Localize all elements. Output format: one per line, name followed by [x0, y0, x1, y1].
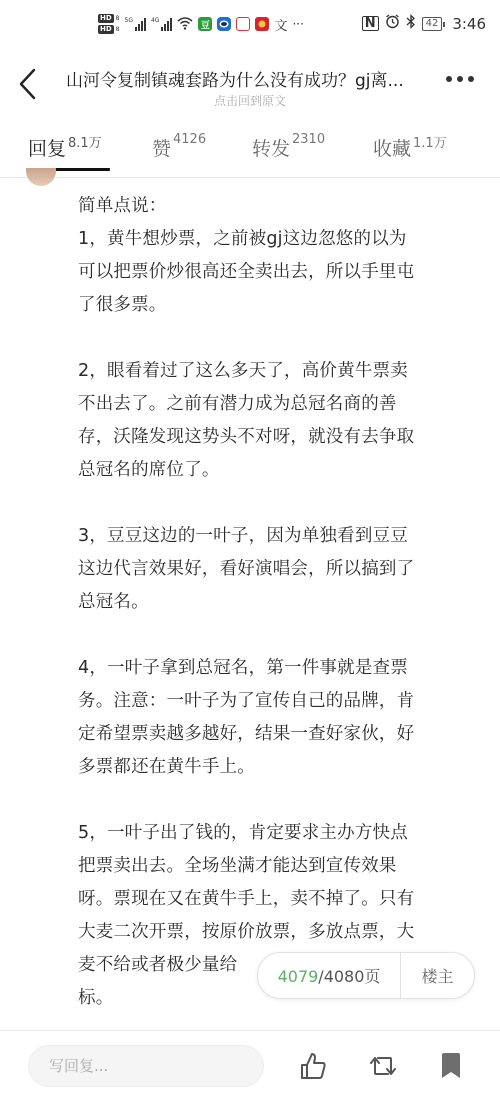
tab-replies[interactable]: 回复 8.1万	[28, 134, 102, 161]
text-line: 呀。票现在又在黄牛手上，卖不掉了。只有	[78, 883, 478, 916]
hd-icon: HD	[98, 14, 114, 23]
tab-bar: 回复 8.1万 赞 4126 转发 2310 收藏 1.1万	[0, 128, 500, 178]
more-notifications-icon: ···	[292, 17, 303, 31]
top-nav: 山河令复制镇魂套路为什么没有成功？gj离... 点击回到原文	[0, 50, 500, 122]
red-app-icon	[236, 17, 250, 31]
text-line: 务。注意：一叶子为了宣传自己的品牌，肯	[78, 685, 478, 718]
post-body: 简单点说： 1，黄牛想炒票，之前被gj这边忽悠的以为 可以把票价炒很高还全卖出去…	[78, 190, 478, 1048]
festival-app-icon	[255, 17, 269, 31]
text-line: 2，眼看着过了这么多天了，高价黄牛票卖	[78, 355, 478, 388]
text-line: 多票都还在黄牛手上。	[78, 751, 478, 784]
dot-icon	[468, 76, 474, 82]
text-line: 4，一叶子拿到总冠名，第一件事就是查票	[78, 652, 478, 685]
translate-icon: 文	[274, 15, 287, 34]
text-line: 大麦二次开票，按原价放票，多放点票，大	[78, 916, 478, 949]
hd-icon: HD	[98, 25, 114, 34]
clock: 3:46	[452, 15, 486, 33]
text-line: 总冠名的席位了。	[78, 454, 478, 487]
signal-5g-icon: 5G	[125, 17, 146, 31]
tab-label: 回复	[28, 134, 66, 161]
paragraph: 简单点说： 1，黄牛想炒票，之前被gj这边忽悠的以为 可以把票价炒很高还全卖出去…	[78, 190, 478, 322]
nfc-icon: N	[362, 16, 379, 31]
alarm-icon	[385, 14, 400, 33]
back-to-original-link[interactable]: 点击回到原文	[0, 92, 500, 109]
dot-icon	[446, 76, 452, 82]
battery-icon: 42	[422, 17, 443, 31]
text-line: 简单点说：	[78, 190, 478, 223]
dot-icon	[457, 76, 463, 82]
thumbs-up-icon	[298, 1051, 328, 1081]
page-navigator: 4079/4080页 楼主	[257, 952, 475, 999]
text-line: 了很多票。	[78, 289, 478, 322]
text-line: 这边代言效果好，看好演唱会，所以搞到了	[78, 553, 478, 586]
status-right: N 42 3:46	[362, 14, 486, 33]
more-options-button[interactable]	[446, 76, 474, 82]
text-line: 3，豆豆这边的一叶子，因为单独看到豆豆	[78, 520, 478, 553]
tab-reposts[interactable]: 转发 2310	[252, 134, 325, 161]
bottom-action-bar: 写回复...	[0, 1030, 500, 1100]
tab-count: 8.1万	[68, 132, 102, 151]
tab-label: 赞	[152, 134, 171, 161]
douban-icon: 豆	[198, 17, 212, 31]
signal-4g-icon: 4G	[151, 17, 172, 31]
paragraph: 2，眼看着过了这么多天了，高价黄牛票卖 不出去了。之前有潜力成为总冠名商的善 存…	[78, 355, 478, 487]
tab-count: 2310	[292, 132, 325, 147]
tab-count: 1.1万	[413, 132, 447, 151]
paragraph: 4，一叶子拿到总冠名，第一件事就是查票 务。注意：一叶子为了宣传自己的品牌，肯 …	[78, 652, 478, 784]
paragraph: 3，豆豆这边的一叶子，因为单独看到豆豆 这边代言效果好，看好演唱会，所以搞到了 …	[78, 520, 478, 619]
wifi-icon	[177, 16, 193, 33]
text-line: 把票卖出去。全场坐满才能达到宣传效果	[78, 850, 478, 883]
text-line: 可以把票价炒很高还全卖出去，所以手里屯	[78, 256, 478, 289]
thread-title[interactable]: 山河令复制镇魂套路为什么没有成功？gj离...	[66, 66, 422, 91]
tab-label: 转发	[252, 134, 290, 161]
tab-favorites[interactable]: 收藏 1.1万	[373, 134, 447, 161]
page-jump-button[interactable]: 4079/4080页	[258, 964, 400, 987]
tab-count: 4126	[173, 132, 206, 147]
reply-input[interactable]: 写回复...	[28, 1045, 264, 1087]
current-page: 4079	[278, 967, 319, 986]
repost-icon	[368, 1051, 398, 1081]
op-only-button[interactable]: 楼主	[401, 964, 474, 987]
status-left: HD8 HD8 5G 4G 豆 文 ···	[98, 14, 304, 34]
text-line: 5，一叶子出了钱的，肯定要求主办方快点	[78, 817, 478, 850]
bookmark-button[interactable]	[436, 1051, 466, 1081]
avatar[interactable]	[26, 168, 56, 186]
repost-button[interactable]	[368, 1051, 398, 1081]
tab-likes[interactable]: 赞 4126	[152, 134, 206, 161]
tab-label: 收藏	[373, 134, 411, 161]
bot-app-icon	[217, 17, 231, 31]
hd-indicators: HD8 HD8	[98, 14, 120, 34]
text-line: 不出去了。之前有潜力成为总冠名商的善	[78, 388, 478, 421]
total-pages: 4080页	[324, 967, 381, 986]
bookmark-icon	[436, 1051, 466, 1081]
status-bar: HD8 HD8 5G 4G 豆 文 ··· N 42 3:46	[0, 0, 500, 46]
bluetooth-icon	[406, 14, 416, 33]
text-line: 存，沃隆发现这势头不对呀，就没有去争取	[78, 421, 478, 454]
like-button[interactable]	[298, 1051, 328, 1081]
text-line: 总冠名。	[78, 586, 478, 619]
text-line: 1，黄牛想炒票，之前被gj这边忽悠的以为	[78, 223, 478, 256]
text-line: 定希望票卖越多越好，结果一查好家伙，好	[78, 718, 478, 751]
